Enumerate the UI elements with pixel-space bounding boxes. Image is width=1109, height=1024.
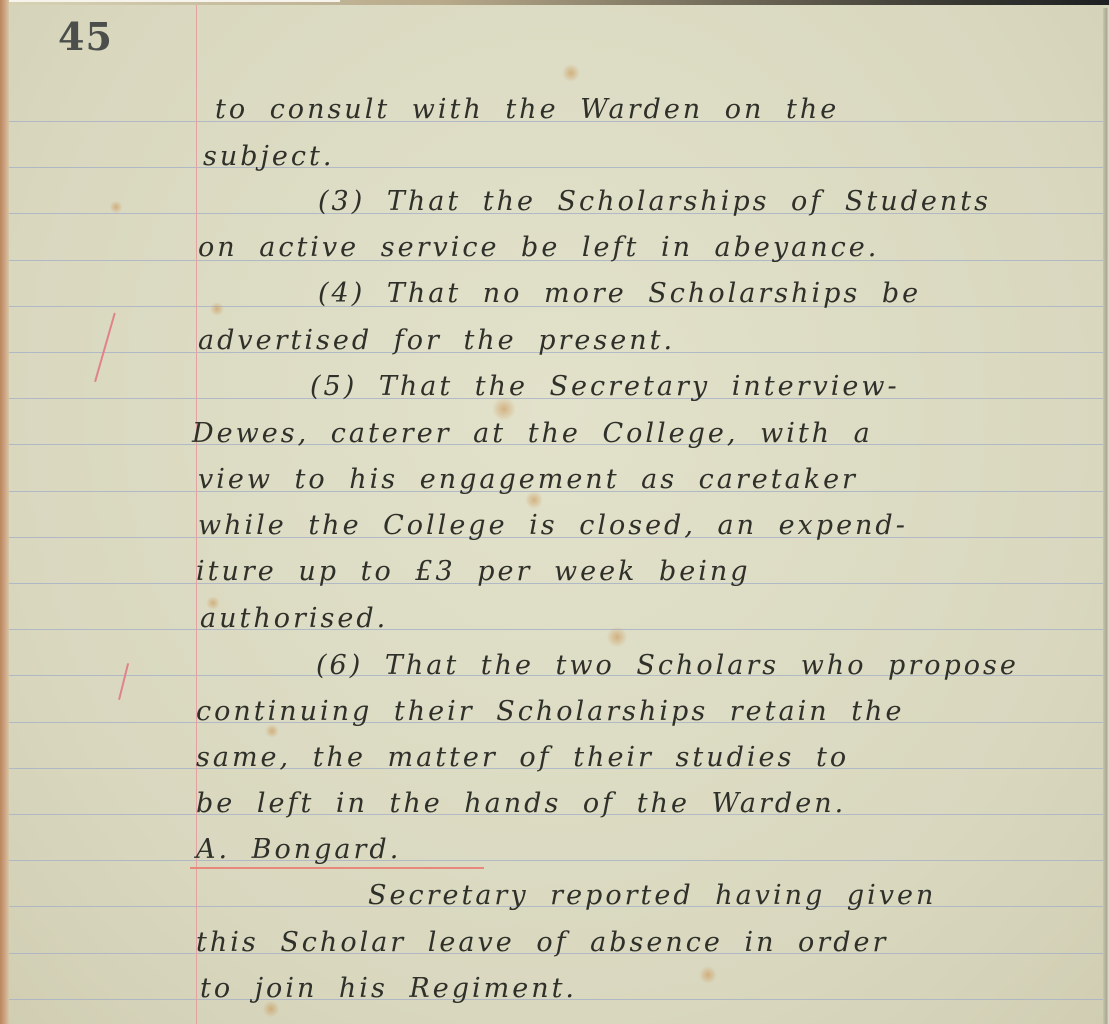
text-line: advertised for the present.	[198, 325, 675, 356]
page-number: 45	[58, 14, 113, 59]
foxing-stain	[700, 965, 716, 985]
text-line: view to his engagement as caretaker	[198, 464, 858, 495]
text-line: to consult with the Warden on the	[215, 94, 839, 125]
text-line: (3) That the Scholarships of Students	[318, 186, 991, 217]
text-line: continuing their Scholarships retain the	[196, 696, 904, 727]
page-right-edge	[1103, 8, 1109, 1024]
book-binding-edge	[0, 0, 9, 1024]
text-line: Dewes, caterer at the College, with a	[192, 418, 873, 449]
foxing-stain	[562, 64, 580, 82]
text-line: authorised.	[200, 603, 388, 634]
red-check-mark-2	[118, 663, 129, 700]
text-line: iture up to £3 per week being	[196, 556, 751, 587]
text-line: this Scholar leave of absence in order	[196, 927, 888, 958]
text-line: A. Bongard.	[196, 834, 401, 865]
signature-underline	[190, 867, 484, 869]
text-line: (4) That no more Scholarships be	[318, 278, 921, 309]
ledger-page: 45 to consult with the Warden on thesubj…	[0, 0, 1109, 1024]
foxing-stain	[607, 626, 627, 648]
red-margin-line	[196, 5, 197, 1024]
text-line: be left in the hands of the Warden.	[196, 788, 846, 819]
ruled-line	[9, 860, 1103, 861]
red-check-mark-1	[94, 313, 116, 383]
text-line: (6) That the two Scholars who propose	[316, 650, 1019, 681]
page-top-highlight	[0, 0, 340, 2]
foxing-stain	[110, 200, 122, 214]
ruled-line	[9, 167, 1103, 168]
text-line: subject.	[203, 141, 334, 172]
text-line: to join his Regiment.	[200, 973, 577, 1004]
text-line: same, the matter of their studies to	[196, 742, 849, 773]
text-line: while the College is closed, an expend-	[198, 510, 908, 541]
foxing-stain	[210, 302, 224, 316]
text-line: (5) That the Secretary interview-	[310, 371, 900, 402]
ruled-line	[9, 629, 1103, 630]
text-line: on active service be left in abeyance.	[198, 232, 879, 263]
text-line: Secretary reported having given	[368, 880, 936, 911]
